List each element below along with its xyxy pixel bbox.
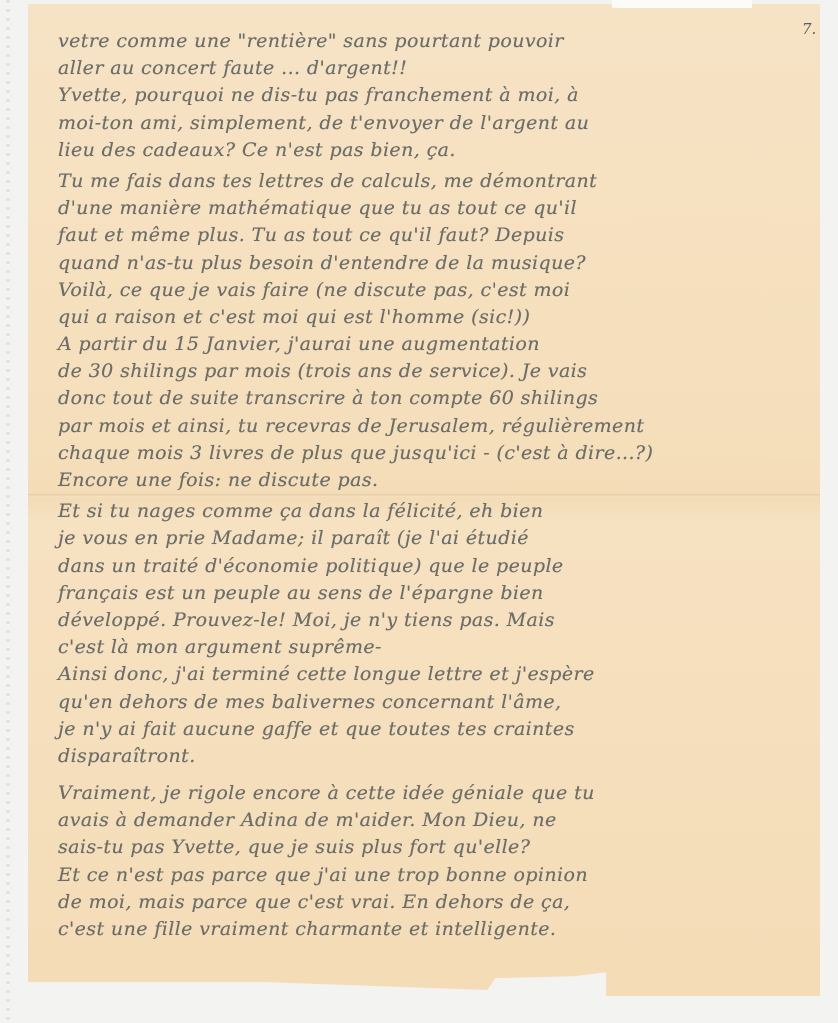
letter-line: A partir du 15 Janvier, j'aurai une augm… (58, 331, 818, 358)
letter-line: par mois et ainsi, tu recevras de Jerusa… (58, 413, 818, 440)
letter-line: aller au concert faute ... d'argent!! (58, 55, 818, 82)
letter-line: qu'en dehors de mes balivernes concernan… (58, 689, 818, 716)
letter-line: donc tout de suite transcrire à ton comp… (58, 385, 818, 412)
letter-line: développé. Prouvez-le! Moi, je n'y tiens… (58, 607, 818, 634)
letter-line: sais-tu pas Yvette, que je suis plus for… (58, 834, 818, 861)
letter-line: c'est là mon argument suprême- (58, 634, 818, 661)
letter-line: quand n'as-tu plus besoin d'entendre de … (58, 250, 818, 277)
letter-line: disparaîtront. (58, 743, 818, 770)
letter-line: d'une manière mathématique que tu as tou… (58, 195, 818, 222)
letter-line: moi-ton ami, simplement, de t'envoyer de… (58, 110, 818, 137)
letter-line: avais à demander Adina de m'aider. Mon D… (58, 807, 818, 834)
letter-line: Yvette, pourquoi ne dis-tu pas francheme… (58, 82, 818, 109)
letter-line: vetre comme une "rentière" sans pourtant… (58, 28, 818, 55)
letter-line: français est un peuple au sens de l'épar… (58, 580, 818, 607)
letter-line: dans un traité d'économie politique) que… (58, 553, 818, 580)
letter-line: je n'y ai fait aucune gaffe et que toute… (58, 716, 818, 743)
letter-line: qui a raison et c'est moi qui est l'homm… (58, 304, 818, 331)
letter-line: de 30 shilings par mois (trois ans de se… (58, 358, 818, 385)
letter-line: Tu me fais dans tes lettres de calculs, … (58, 168, 818, 195)
letter-line: faut et même plus. Tu as tout ce qu'il f… (58, 222, 818, 249)
letter-line: c'est une fille vraiment charmante et in… (58, 916, 818, 943)
letter-line: Et si tu nages comme ça dans la félicité… (58, 498, 818, 525)
letter-line: de moi, mais parce que c'est vrai. En de… (58, 889, 818, 916)
letter-line: Vraiment, je rigole encore à cette idée … (58, 780, 818, 807)
letter-body: vetre comme une "rentière" sans pourtant… (58, 28, 818, 943)
paper-tape-strip (612, 0, 752, 8)
letter-line: lieu des cadeaux? Ce n'est pas bien, ça. (58, 137, 818, 164)
letter-line: Ainsi donc, j'ai terminé cette longue le… (58, 661, 818, 688)
letter-line: je vous en prie Madame; il paraît (je l'… (58, 525, 818, 552)
letter-line: Et ce n'est pas parce que j'ai une trop … (58, 862, 818, 889)
letter-line: Encore une fois: ne discute pas. (58, 467, 818, 494)
scanner-edge (6, 0, 10, 1023)
letter-line: chaque mois 3 livres de plus que jusqu'i… (58, 440, 818, 467)
letter-line: Voilà, ce que je vais faire (ne discute … (58, 277, 818, 304)
